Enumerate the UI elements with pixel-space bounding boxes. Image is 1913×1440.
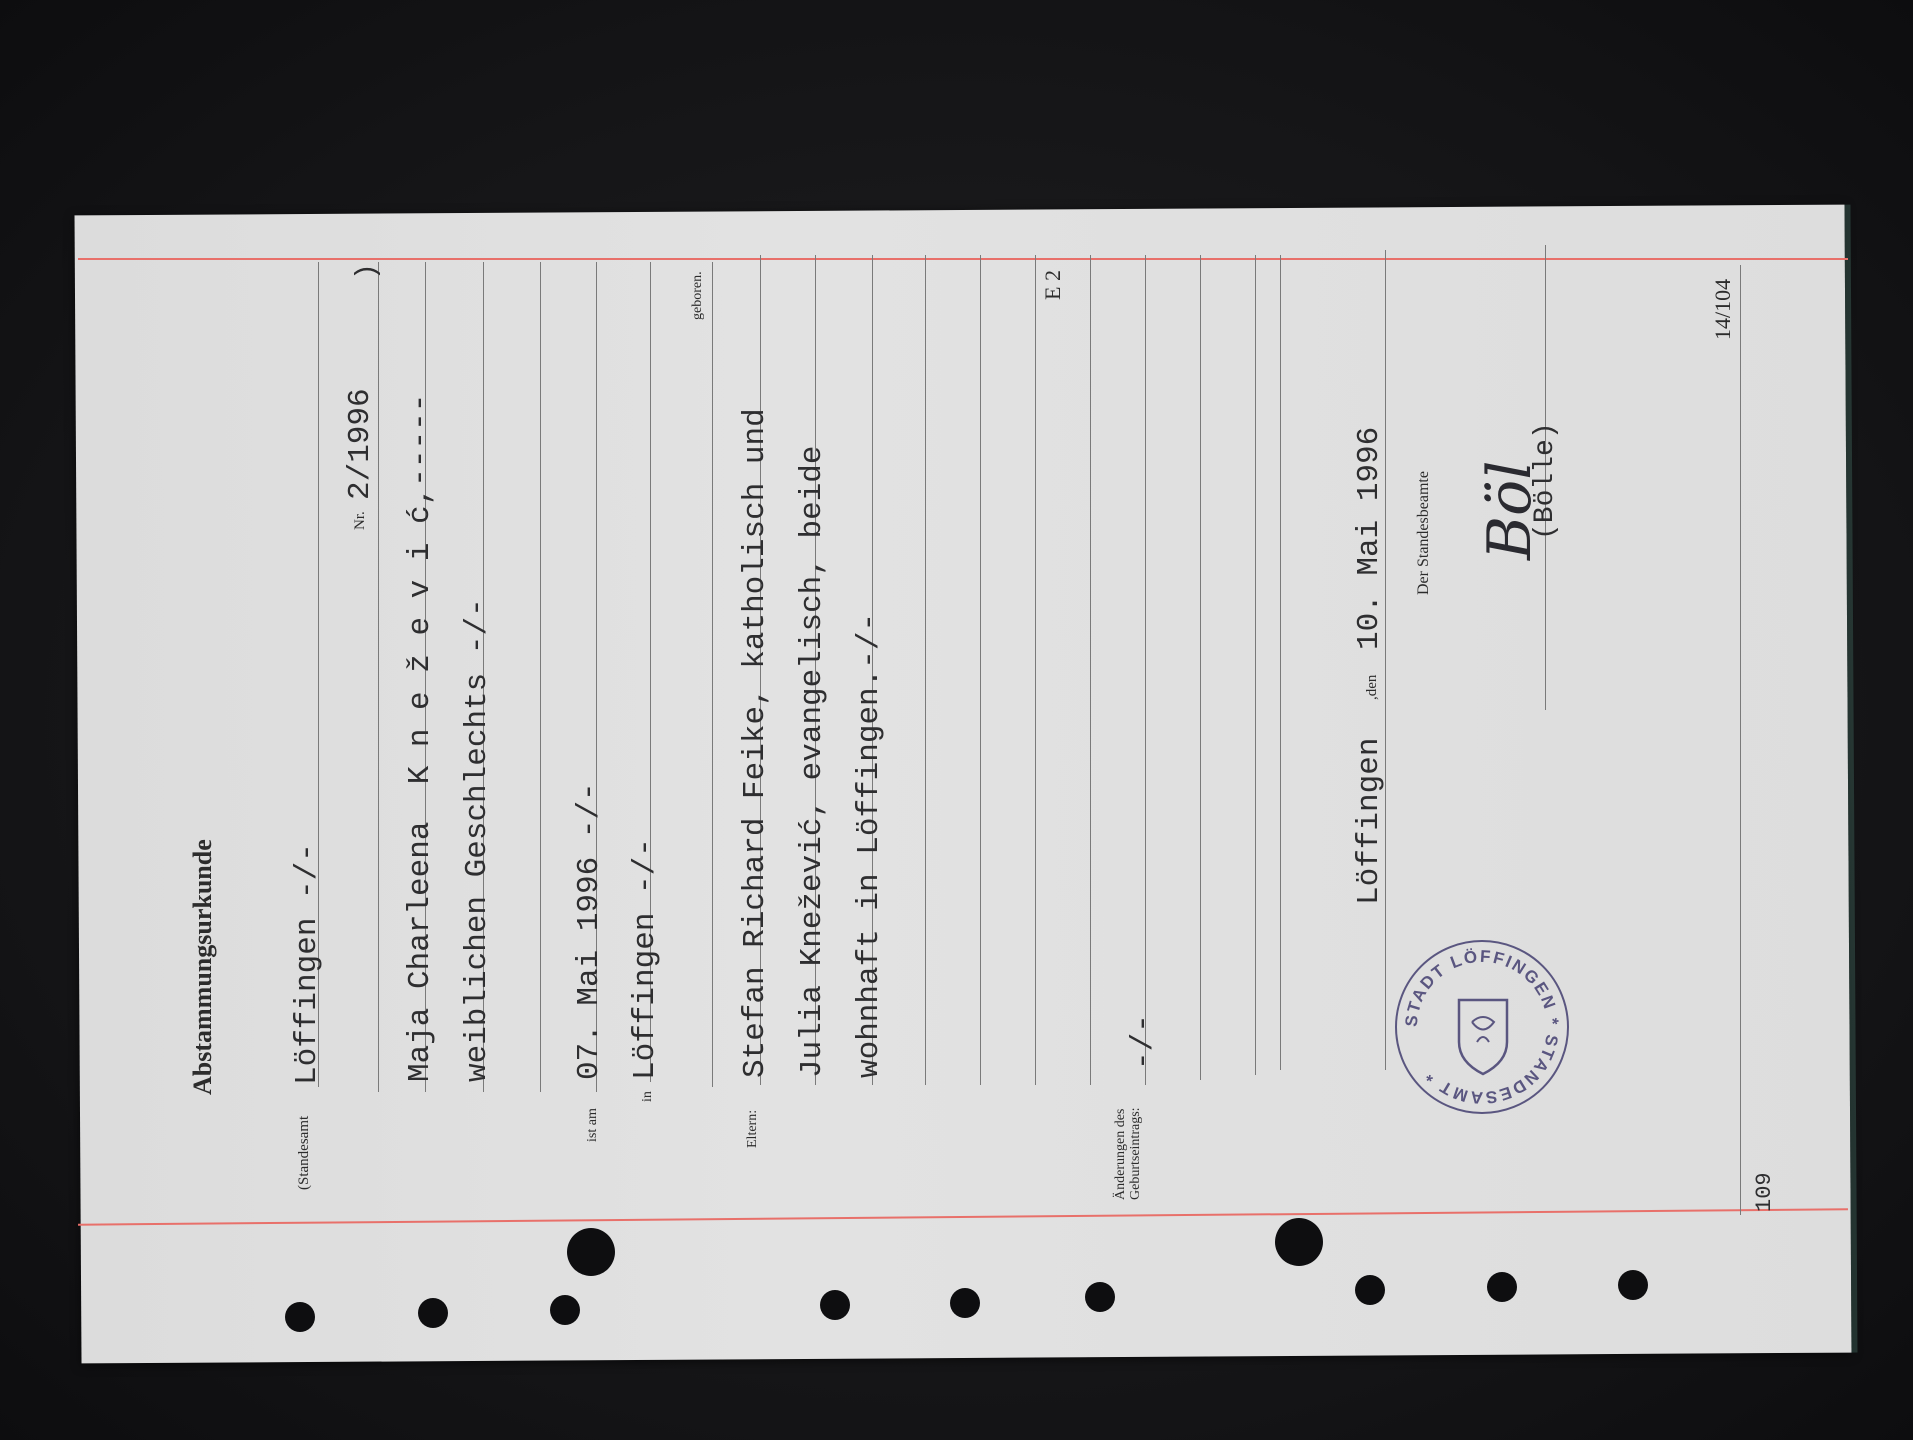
parents-label: Eltern: <box>745 1110 761 1148</box>
rule-9 <box>1255 255 1256 1075</box>
rule-8 <box>1200 255 1201 1080</box>
changes-value: -/- <box>1126 1014 1161 1070</box>
official-stamp: STADT LÖFFINGEN * STANDESAMT * <box>1395 940 1569 1114</box>
rule-nr <box>378 262 379 1092</box>
standesamt-value: Löffingen -/- <box>290 843 325 1085</box>
changes-label-1: Änderungen des <box>1113 1109 1129 1200</box>
birth-date: 07. Mai 1996 -/- <box>572 782 607 1080</box>
punch-hole <box>1487 1272 1517 1302</box>
rule-4 <box>925 255 926 1085</box>
svg-text:STADT LÖFFINGEN * STANDESAMT *: STADT LÖFFINGEN * STANDESAMT * <box>1402 947 1562 1108</box>
punch-hole <box>1618 1270 1648 1300</box>
punch-hole <box>550 1295 580 1325</box>
official-name: (Bölle) <box>1530 422 1561 540</box>
punch-hole <box>950 1288 980 1318</box>
punch-hole-large <box>567 1228 615 1276</box>
rule-10 <box>1280 255 1281 1070</box>
child-sex: weiblichen Geschlechts -/- <box>460 598 495 1082</box>
punch-hole-large <box>1275 1218 1323 1266</box>
rule-6 <box>1035 255 1036 1085</box>
date-label: ist am <box>585 1108 601 1142</box>
content-layer: .rt { position:absolute; transform-origi… <box>0 0 1913 1440</box>
closing-paren: ) <box>352 263 383 280</box>
document-title: Abstammungsurkunde <box>188 839 218 1095</box>
red-line-top <box>78 258 1848 260</box>
page-reference: 14/104 <box>1710 279 1736 340</box>
parents-line-2: Julia Knežević, evangelisch, beide <box>795 445 830 1078</box>
rule-changes <box>1145 255 1146 1085</box>
child-name: Maja Charleena K n e ž e v i ć,----- <box>403 394 438 1082</box>
punch-hole <box>418 1298 448 1328</box>
issue-den: ,den <box>1364 675 1381 700</box>
born-label: geboren. <box>690 271 706 320</box>
punch-hole <box>1085 1282 1115 1312</box>
rule-7 <box>1090 255 1091 1085</box>
punch-hole <box>820 1290 850 1320</box>
rule-blank <box>540 262 541 1092</box>
form-code-label: E 2 <box>1040 270 1066 300</box>
nr-label: Nr. <box>352 511 369 530</box>
rule-issue <box>1385 250 1386 1070</box>
changes-label-2: Geburtseintrags: <box>1128 1107 1144 1200</box>
parents-line-3: wohnhaft in Löffingen.-/- <box>852 613 887 1078</box>
standesamt-label: (Standesamt <box>296 1116 313 1190</box>
place-label: in <box>640 1091 656 1102</box>
page-number: 109 <box>1752 1172 1777 1212</box>
red-line-bottom <box>78 1208 1848 1225</box>
birth-place: Löffingen -/- <box>628 838 663 1080</box>
rule-page-number <box>1740 265 1741 1215</box>
stamp-icon: STADT LÖFFINGEN * STANDESAMT * <box>1397 942 1567 1112</box>
punch-hole <box>1355 1275 1385 1305</box>
rule-5 <box>980 255 981 1085</box>
official-label: Der Standesbeamte <box>1415 471 1433 595</box>
nr-value: 2/1996 <box>343 388 378 500</box>
issue-place: Löffingen <box>1352 738 1387 905</box>
punch-hole <box>285 1302 315 1332</box>
issue-date: 10. Mai 1996 <box>1352 427 1387 650</box>
parents-line-1: Stefan Richard Feike, katholisch und <box>738 408 773 1078</box>
rule-born <box>712 262 713 1087</box>
